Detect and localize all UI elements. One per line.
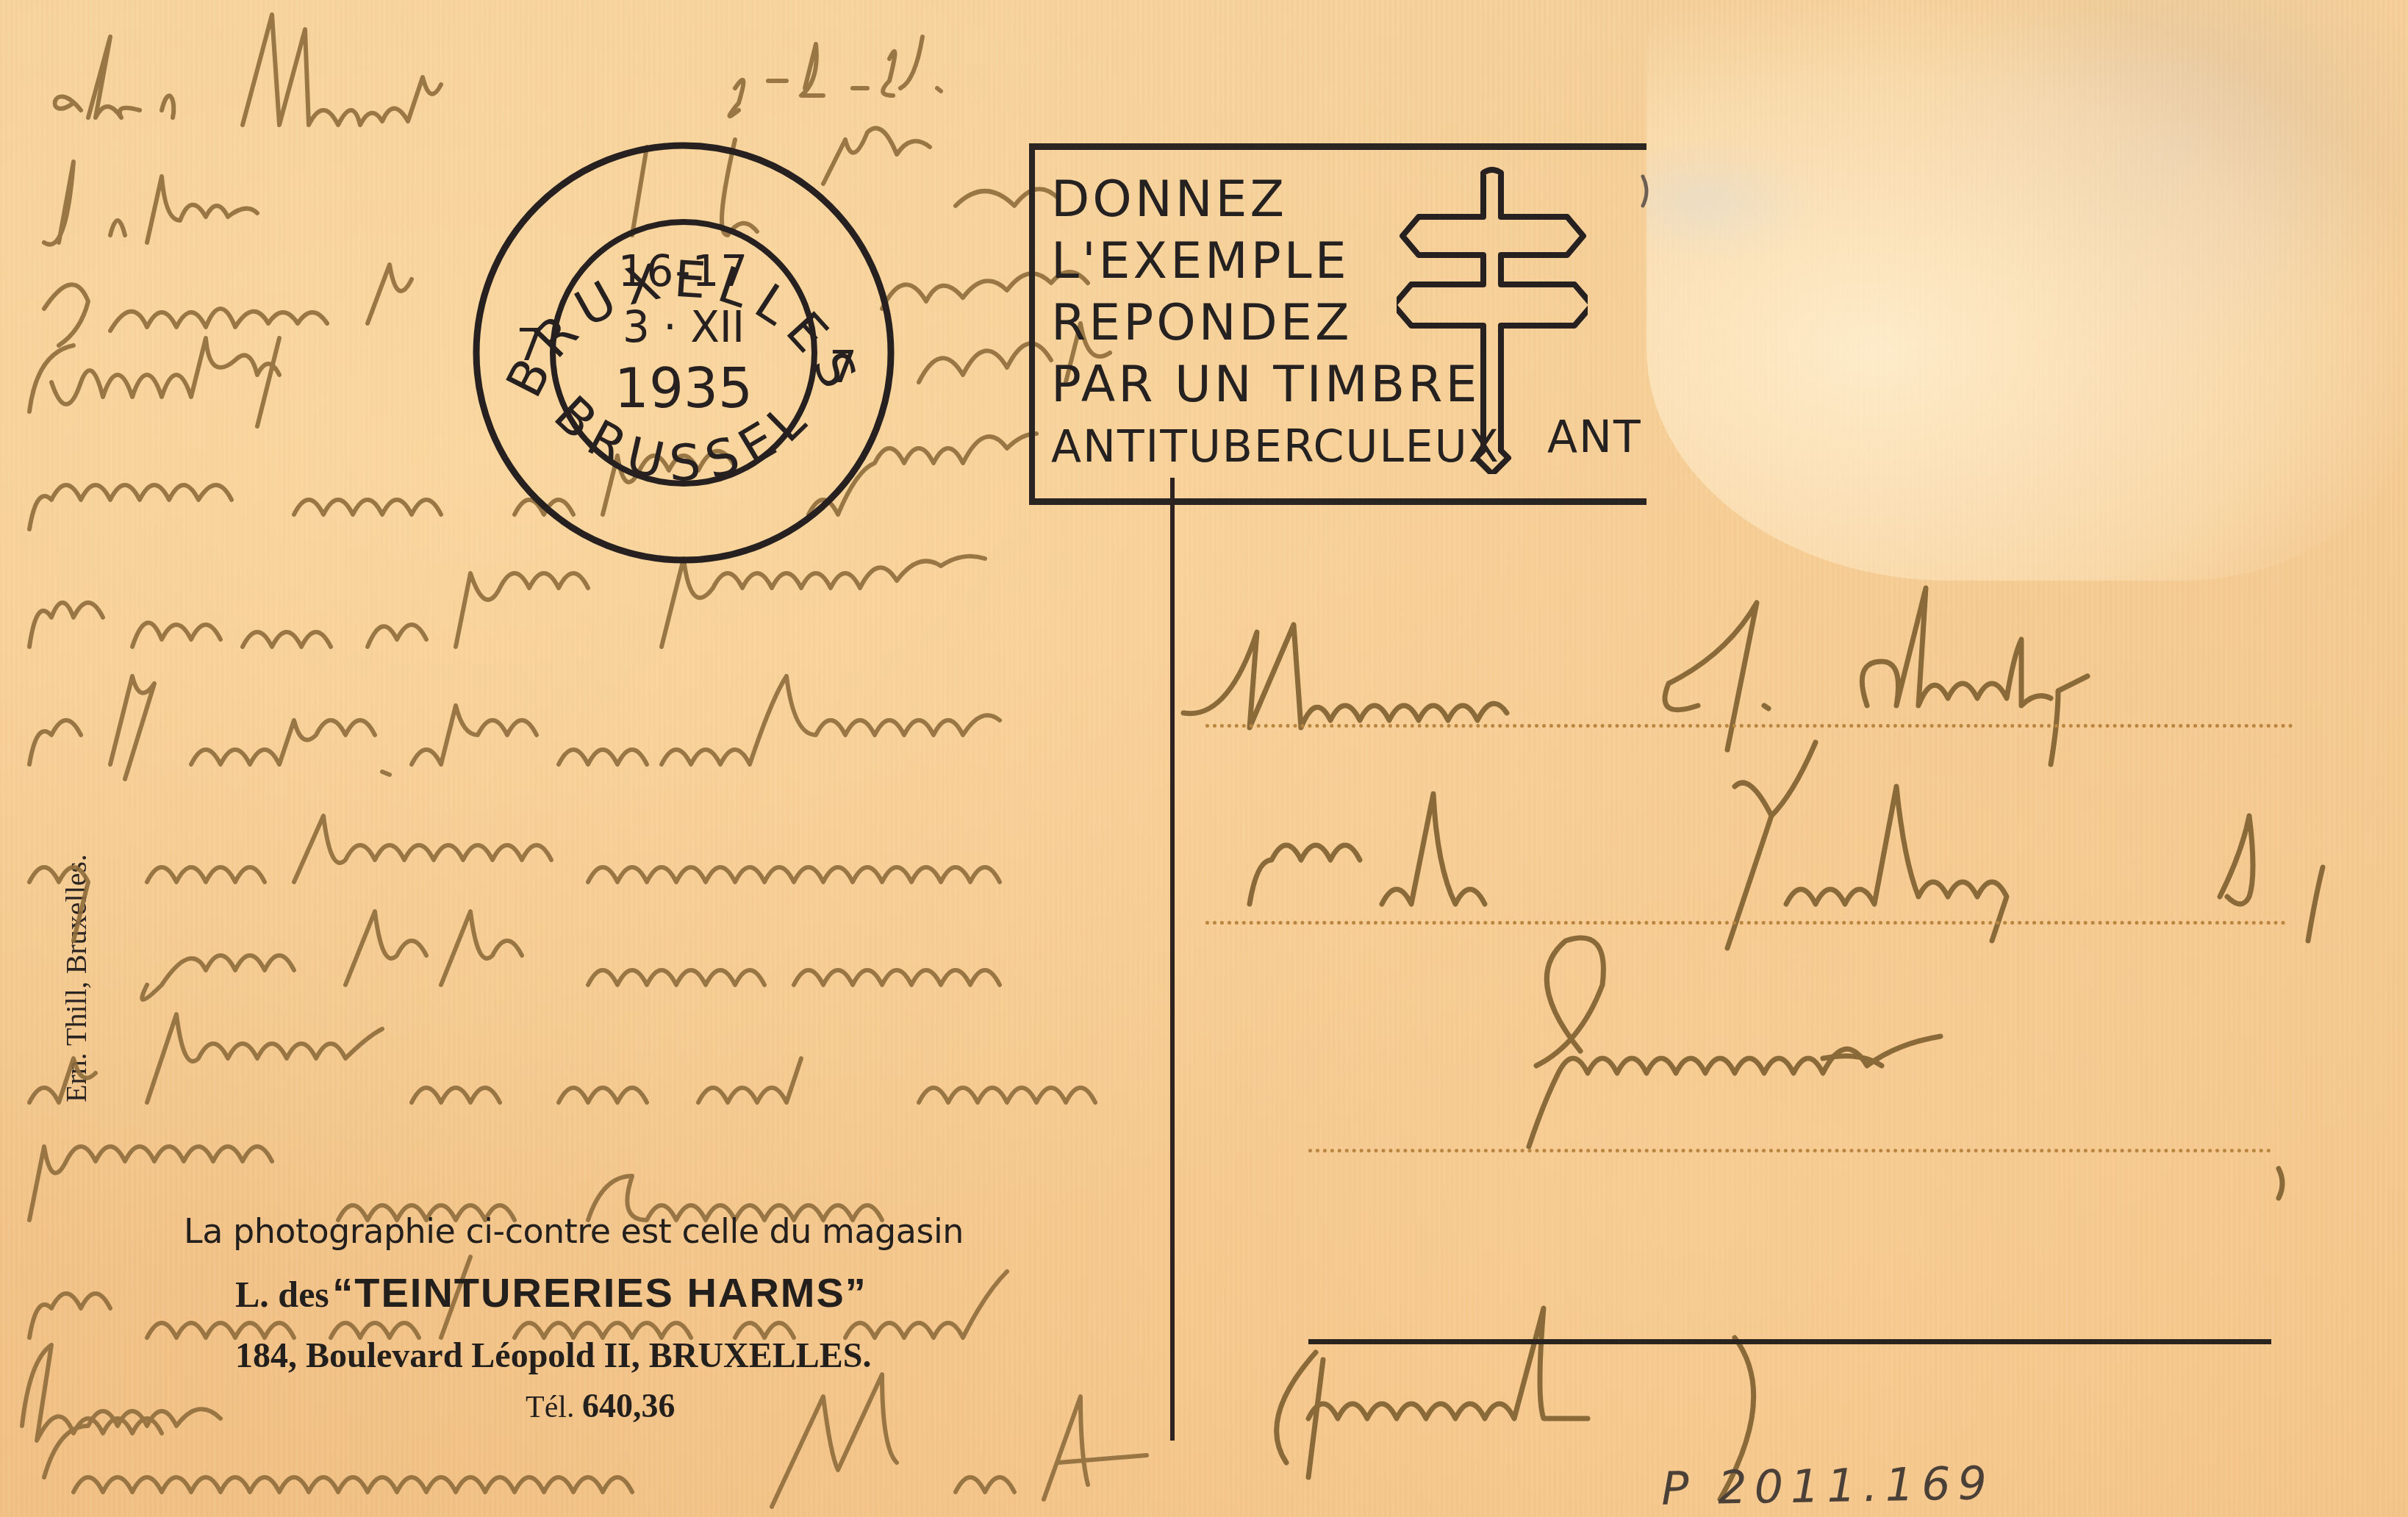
message-signature: M. de M. — [772, 1419, 1073, 1496]
message-date: 3-12-35. — [735, 44, 1011, 121]
ad-firm: “TEINTURERIES HARMS” — [332, 1269, 867, 1316]
slogan-repeat-fragment: ANT — [1547, 412, 1642, 463]
address-line-4 — [1308, 1339, 2271, 1344]
ad-phone: Tél. 640,36 — [526, 1386, 1154, 1425]
ad-firm-name: L. des “TEINTURERIES HARMS” — [235, 1269, 1154, 1316]
ad-name-prefix: L. des — [235, 1274, 329, 1315]
address-street: rue du Tombois 15, — [1250, 823, 2038, 917]
postmark-center: 16-17 3 · XII 1935 — [595, 250, 772, 416]
address-recipient: Monsieur N. Detoil, — [1279, 632, 2082, 726]
printed-advertisement: La photographie ci-contre est celle du m… — [184, 1211, 1154, 1425]
printer-credit: Ern. Thill, Bruxelles. — [59, 854, 93, 1102]
postcard-back: Ern. Thill, Bruxelles. — [0, 0, 2408, 1517]
card-divider-line — [1170, 478, 1175, 1441]
postmark-time: 16-17 — [595, 250, 772, 293]
address-line-3 — [1308, 1149, 2271, 1152]
ad-phone-number: 640,36 — [582, 1387, 676, 1424]
message-salutation: Cher Monsieur — [59, 44, 562, 121]
address-line-2 — [1205, 921, 2286, 925]
ad-address: 184, Boulevard Léopold II, BRUXELLES. — [235, 1335, 1154, 1376]
address-city: Quiévrain. — [1529, 1051, 1957, 1145]
postmark-year: 1935 — [595, 362, 772, 416]
address-province: (Hainaut) — [1279, 1374, 1635, 1460]
ad-phone-label: Tél. — [526, 1391, 574, 1424]
postmark-date: 3 · XII — [595, 306, 772, 348]
inventory-number: P 2011.169 — [1660, 1456, 1994, 1516]
postmark-office-left: 7 — [516, 320, 544, 371]
ad-caption: La photographie ci-contre est celle du m… — [184, 1211, 1154, 1251]
postmark-office-right: 7 — [829, 342, 857, 393]
stamp-removed-stain — [1646, 0, 2408, 581]
